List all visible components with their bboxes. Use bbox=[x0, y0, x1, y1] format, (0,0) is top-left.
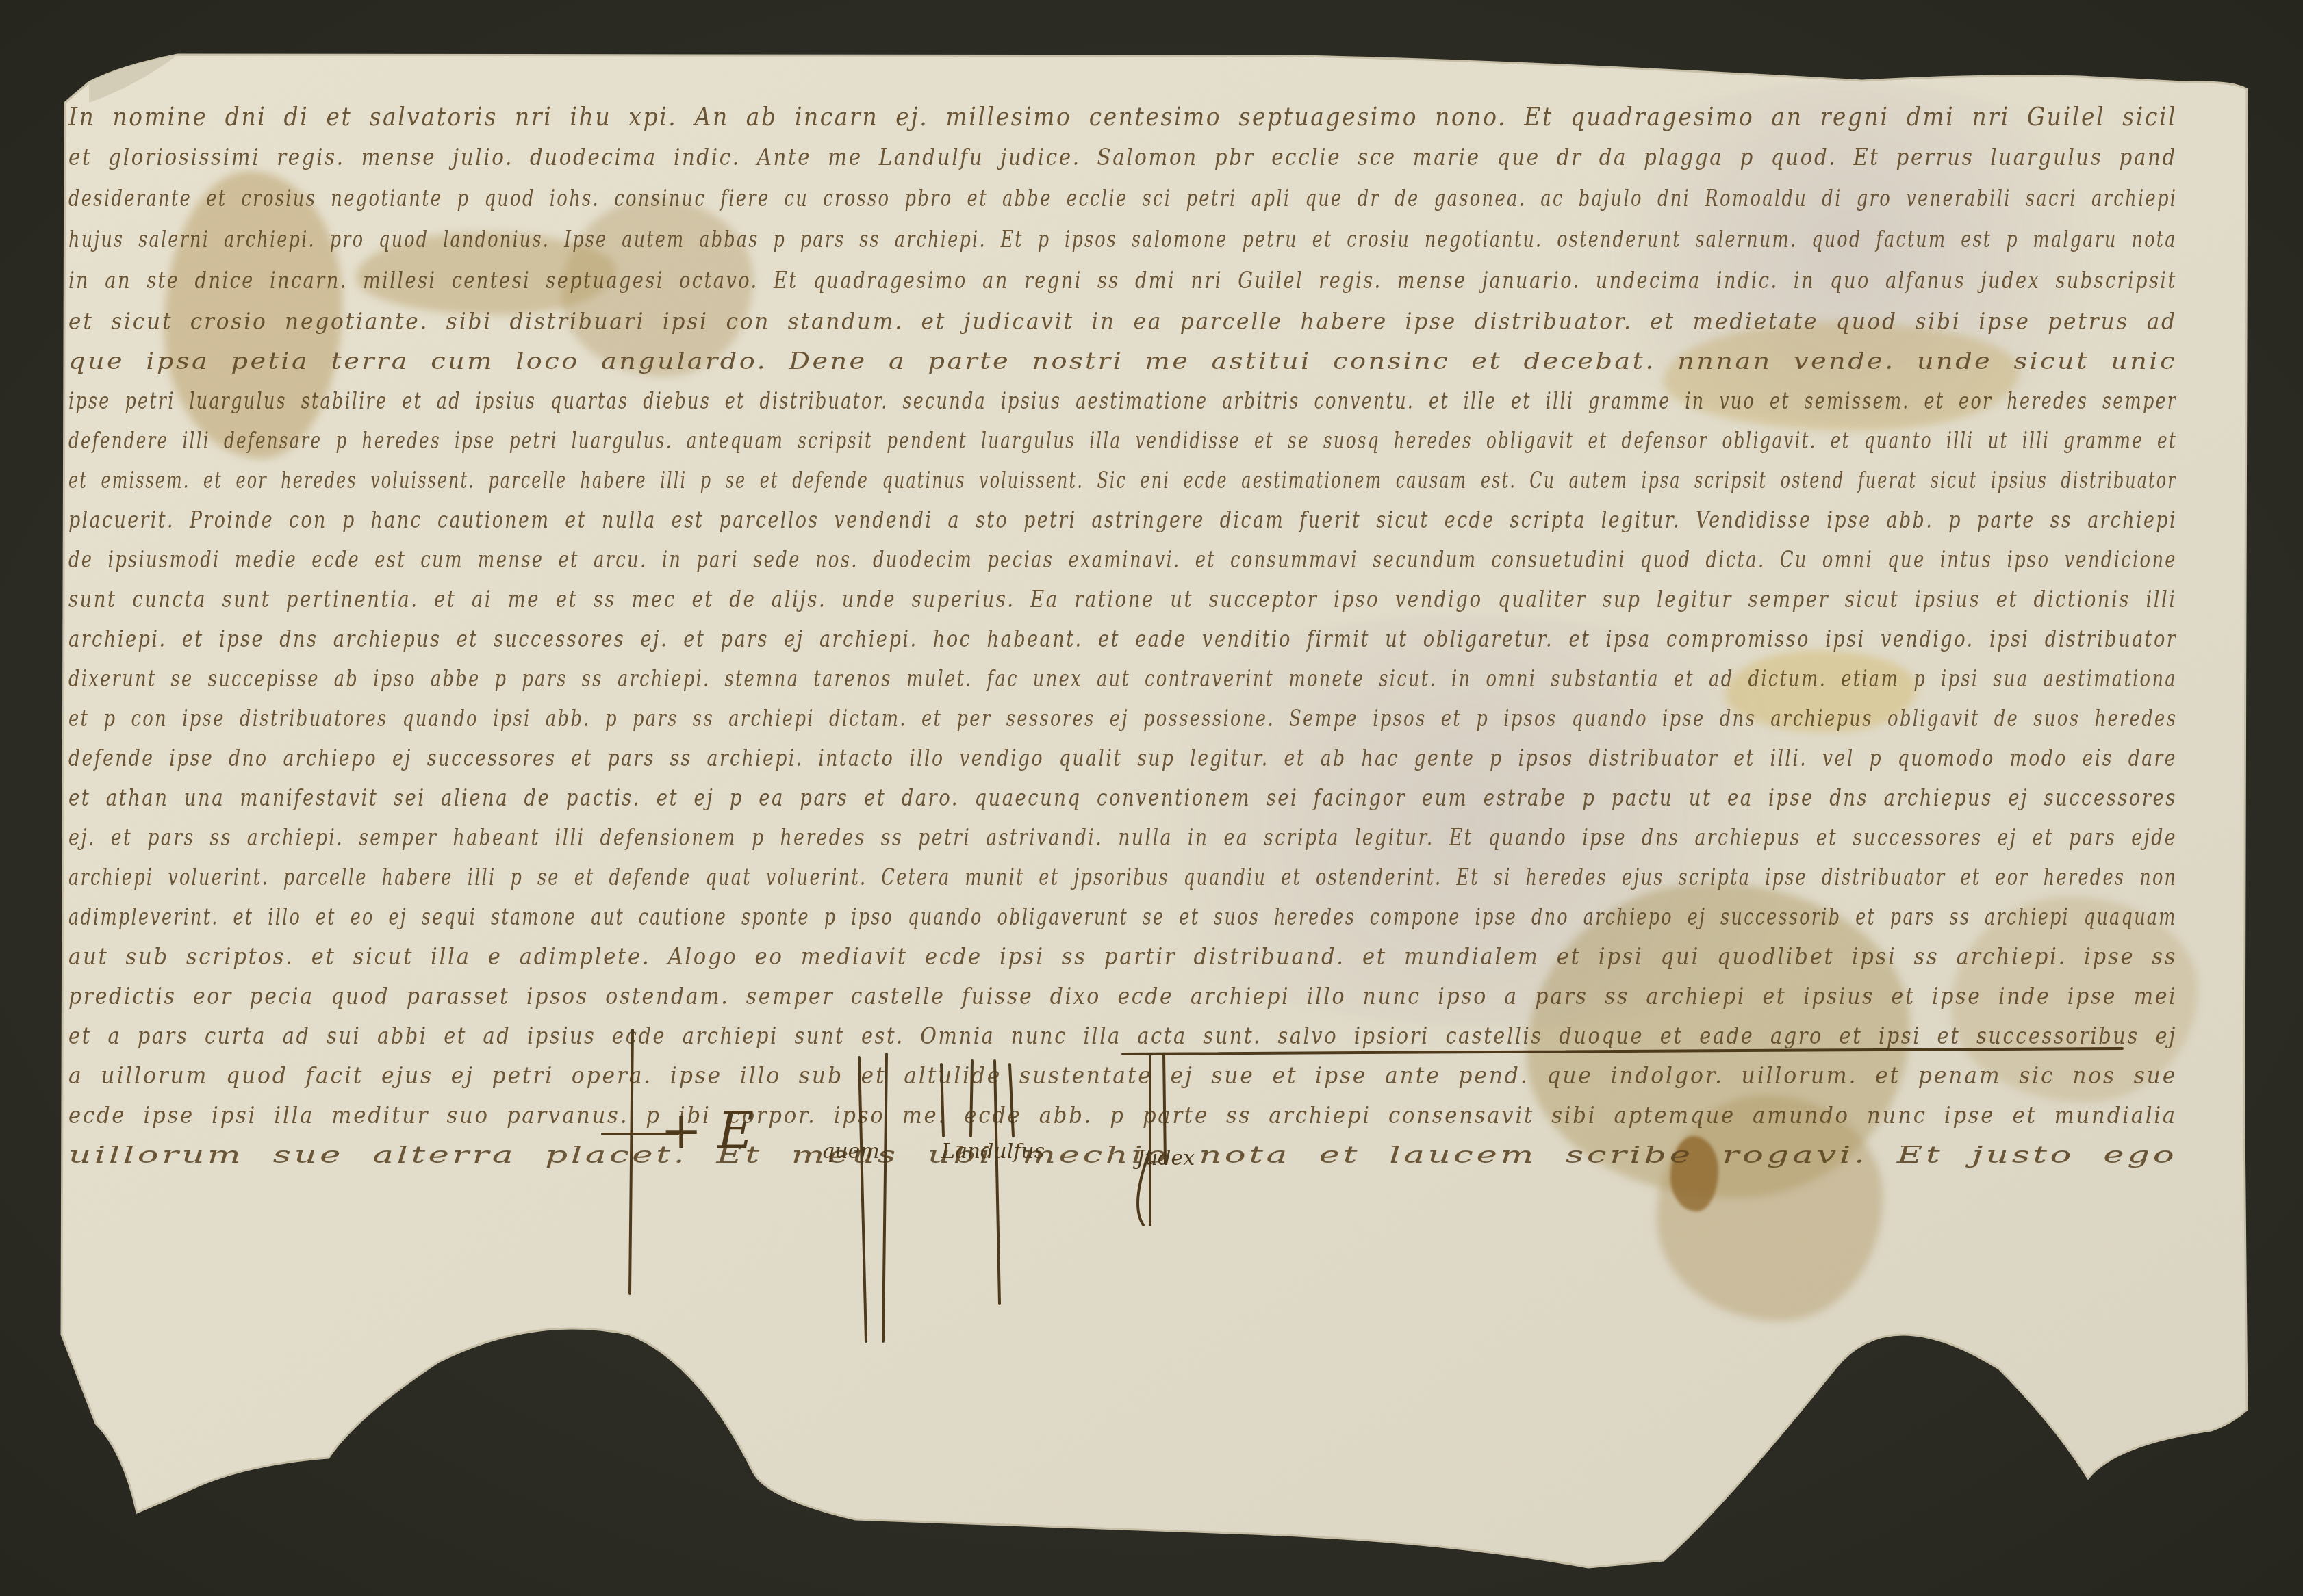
parchment-sheet: In nomine dni di et salvatoris nri ihu x… bbox=[0, 0, 2303, 1596]
signature-strokes bbox=[0, 0, 2303, 1596]
notary-signum: + E bbox=[661, 1102, 754, 1159]
signature-witness-2: Landulfus bbox=[941, 1140, 1045, 1163]
signature-witness-1: quem bbox=[822, 1140, 880, 1163]
signature-judex: Judex bbox=[1136, 1146, 1195, 1170]
